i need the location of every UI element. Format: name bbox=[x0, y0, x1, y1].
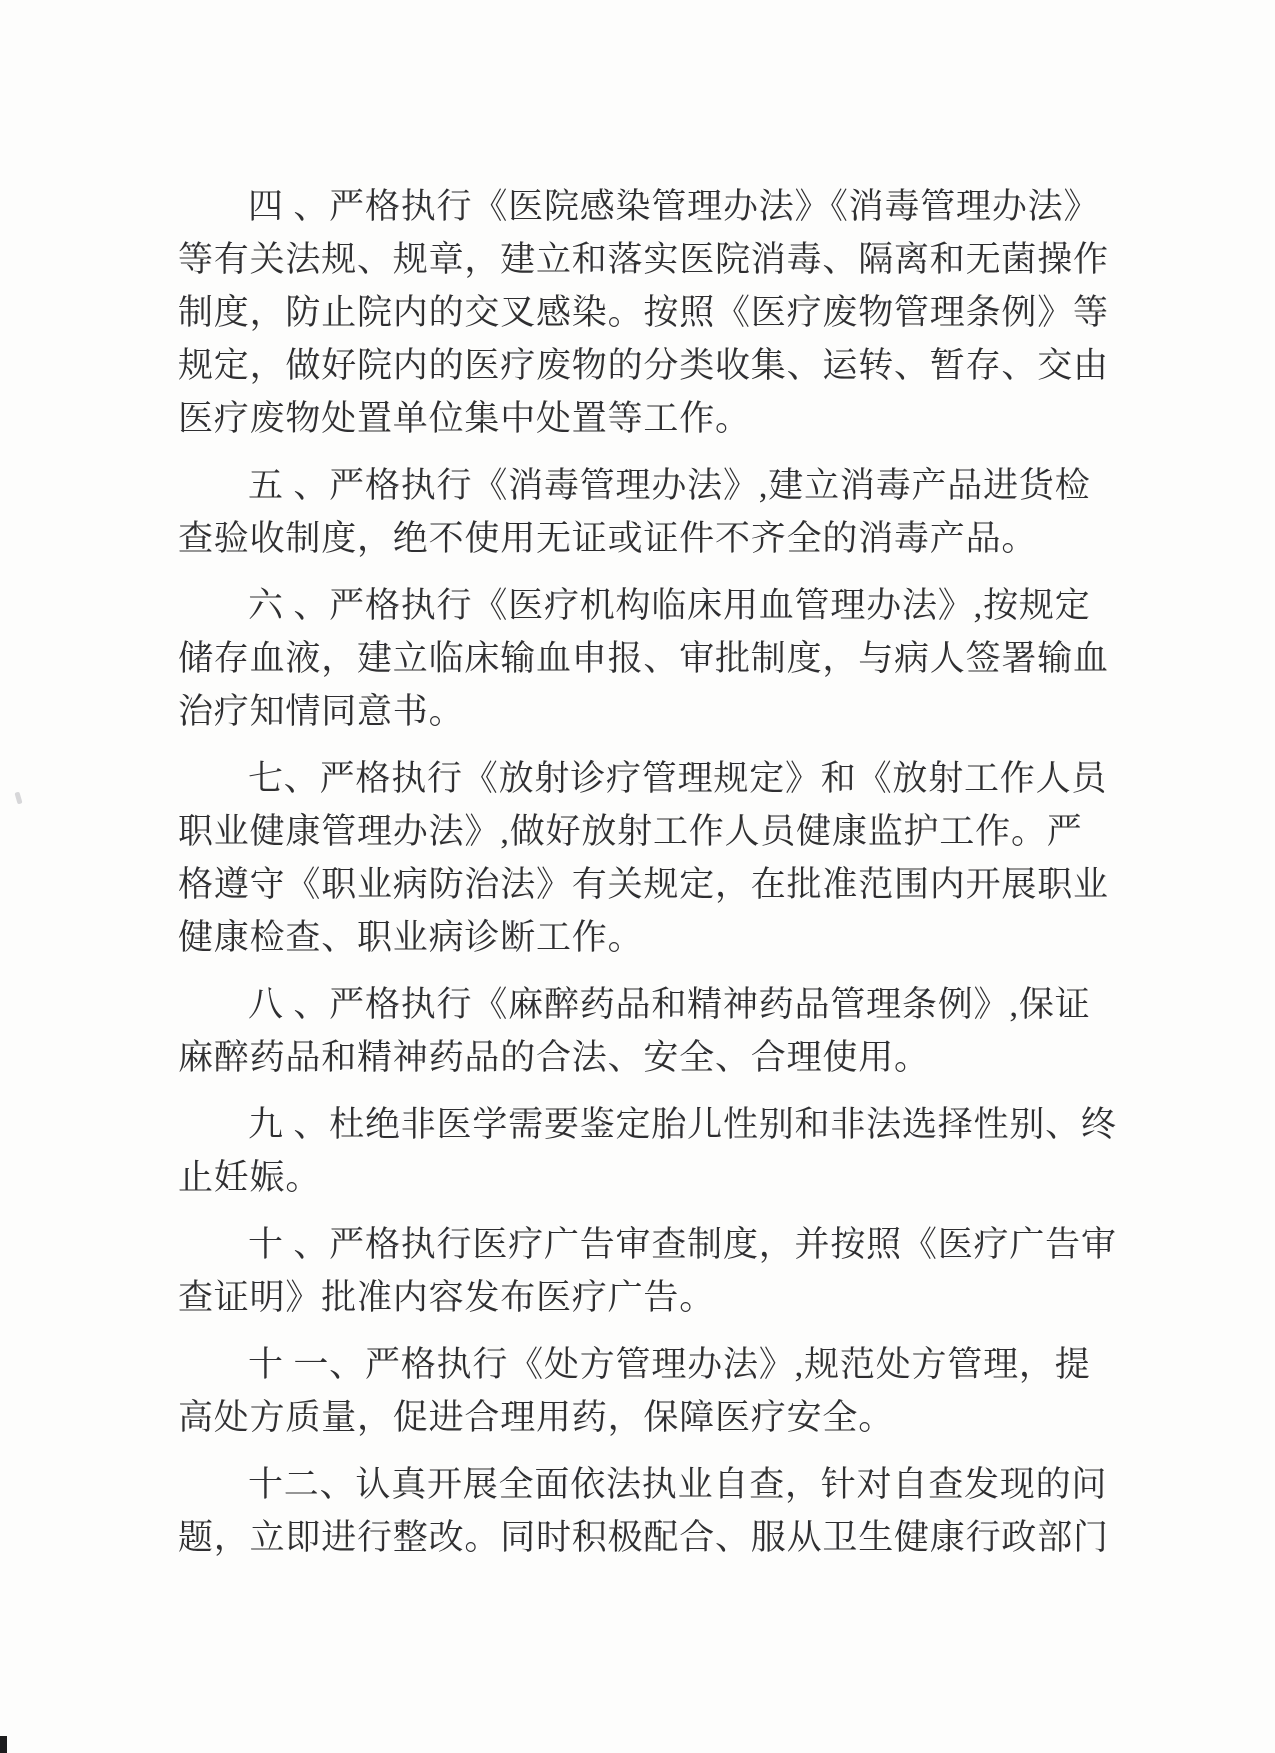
document-body: 四 、严格执行《医院感染管理办法》《消毒管理办法》 等有关法规、规章，建立和落实… bbox=[178, 180, 1188, 1564]
paragraph-item-10: 十 、严格执行医疗广告审查制度，并按照《医疗广告审 查证明》批准内容发布医疗广告… bbox=[178, 1218, 1188, 1324]
scan-corner-artifact bbox=[0, 1736, 7, 1753]
scanned-document-page: 四 、严格执行《医院感染管理办法》《消毒管理办法》 等有关法规、规章，建立和落实… bbox=[0, 0, 1275, 1753]
scan-speck-artifact bbox=[14, 792, 22, 805]
paragraph-item-5: 五 、严格执行《消毒管理办法》,建立消毒产品进货检 查验收制度，绝不使用无证或证… bbox=[178, 459, 1188, 565]
paragraph-item-8: 八 、严格执行《麻醉药品和精神药品管理条例》,保证 麻醉药品和精神药品的合法、安… bbox=[178, 978, 1188, 1084]
paragraph-item-11: 十 一、严格执行《处方管理办法》,规范处方管理，提 高处方质量，促进合理用药，保… bbox=[178, 1338, 1188, 1444]
paragraph-item-9: 九 、杜绝非医学需要鉴定胎儿性别和非法选择性别、终 止妊娠。 bbox=[178, 1098, 1188, 1204]
paragraph-item-7: 七、严格执行《放射诊疗管理规定》和《放射工作人员 职业健康管理办法》,做好放射工… bbox=[178, 752, 1188, 964]
paragraph-item-6: 六 、严格执行《医疗机构临床用血管理办法》,按规定 储存血液，建立临床输血申报、… bbox=[178, 579, 1188, 738]
paragraph-item-12: 十二、认真开展全面依法执业自查，针对自查发现的问 题，立即进行整改。同时积极配合… bbox=[178, 1458, 1188, 1564]
paragraph-item-4: 四 、严格执行《医院感染管理办法》《消毒管理办法》 等有关法规、规章，建立和落实… bbox=[178, 180, 1188, 445]
